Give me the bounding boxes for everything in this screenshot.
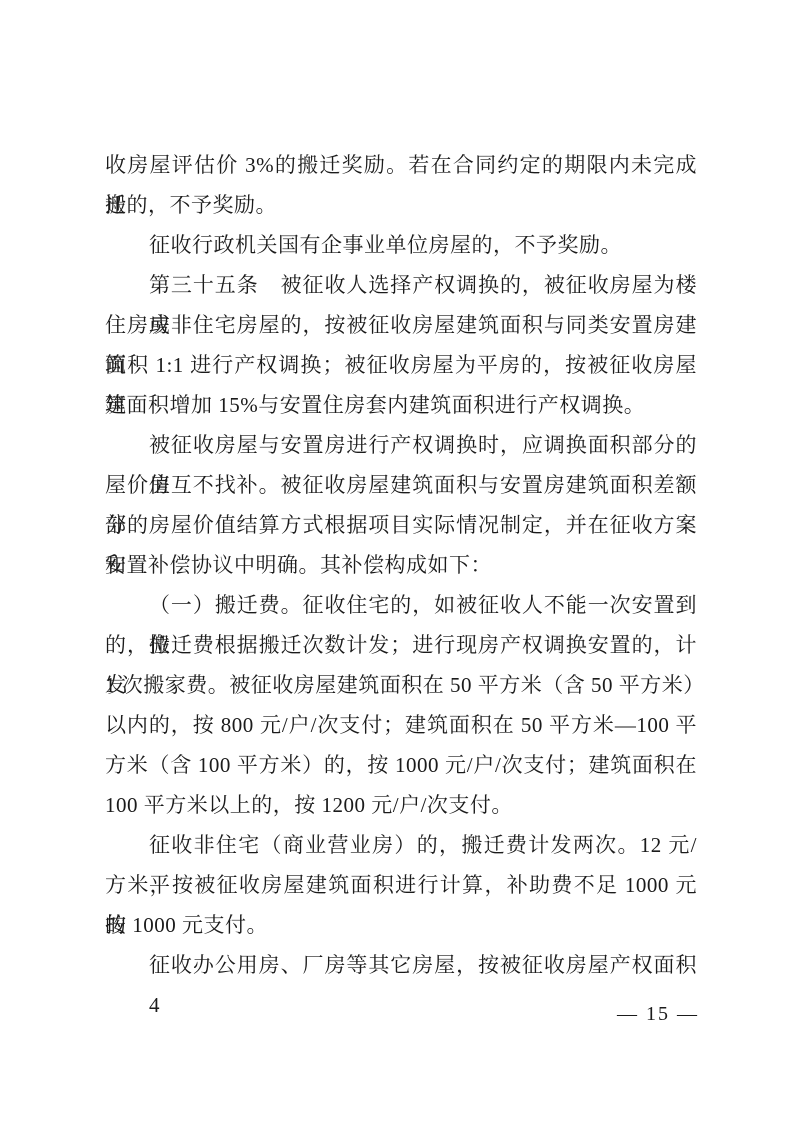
page-number: — 15 — <box>617 1000 699 1028</box>
text-line: 1 次搬家费。被征收房屋建筑面积在 50 平方米（含 50 平方米） <box>105 665 697 705</box>
text-line: 的，搬迁费根据搬迁次数计发；进行现房产权调换安置的，计发 <box>105 625 697 665</box>
text-line: 方米（含 100 平方米）的，按 1000 元/户/次支付；建筑面积在 <box>105 745 697 785</box>
text-line: （一）搬迁费。征收住宅的，如被征收人不能一次安置到位 <box>105 585 697 625</box>
document-body: 收房屋评估价 3%的搬迁奖励。若在合同约定的期限内未完成搬 迁的，不予奖励。 征… <box>105 145 697 985</box>
text-line: 按 1000 元支付。 <box>105 905 697 945</box>
text-line: 被征收房屋与安置房进行产权调换时，应调换面积部分的房 <box>105 425 697 465</box>
text-line: 住房或非住宅房屋的，按被征收房屋建筑面积与同类安置房建筑 <box>105 305 697 345</box>
text-line: 征收行政机关国有企事业单位房屋的，不予奖励。 <box>105 225 697 265</box>
text-line: 安置补偿协议中明确。其补偿构成如下： <box>105 545 697 585</box>
text-line: 面积 1:1 进行产权调换；被征收房屋为平房的，按被征收房屋建 <box>105 345 697 385</box>
text-line: 筑面积增加 15%与安置住房套内建筑面积进行产权调换。 <box>105 385 697 425</box>
document-page: 收房屋评估价 3%的搬迁奖励。若在合同约定的期限内未完成搬 迁的，不予奖励。 征… <box>0 0 793 1122</box>
text-line: 征收非住宅（商业营业房）的，搬迁费计发两次。12 元/平 <box>105 825 697 865</box>
text-line: 以内的，按 800 元/户/次支付；建筑面积在 50 平方米—100 平 <box>105 705 697 745</box>
text-line: 征收办公用房、厂房等其它房屋，按被征收房屋产权面积 4 <box>105 945 697 985</box>
text-line: 迁的，不予奖励。 <box>105 185 697 225</box>
text-line: 第三十五条 被征收人选择产权调换的，被征收房屋为楼房 <box>105 265 697 305</box>
text-line: 方米，按被征收房屋建筑面积进行计算，补助费不足 1000 元的 <box>105 865 697 905</box>
text-line: 收房屋评估价 3%的搬迁奖励。若在合同约定的期限内未完成搬 <box>105 145 697 185</box>
text-line: 100 平方米以上的，按 1200 元/户/次支付。 <box>105 785 697 825</box>
text-line: 分的房屋价值结算方式根据项目实际情况制定，并在征收方案和 <box>105 505 697 545</box>
text-line: 屋价值互不找补。被征收房屋建筑面积与安置房建筑面积差额部 <box>105 465 697 505</box>
